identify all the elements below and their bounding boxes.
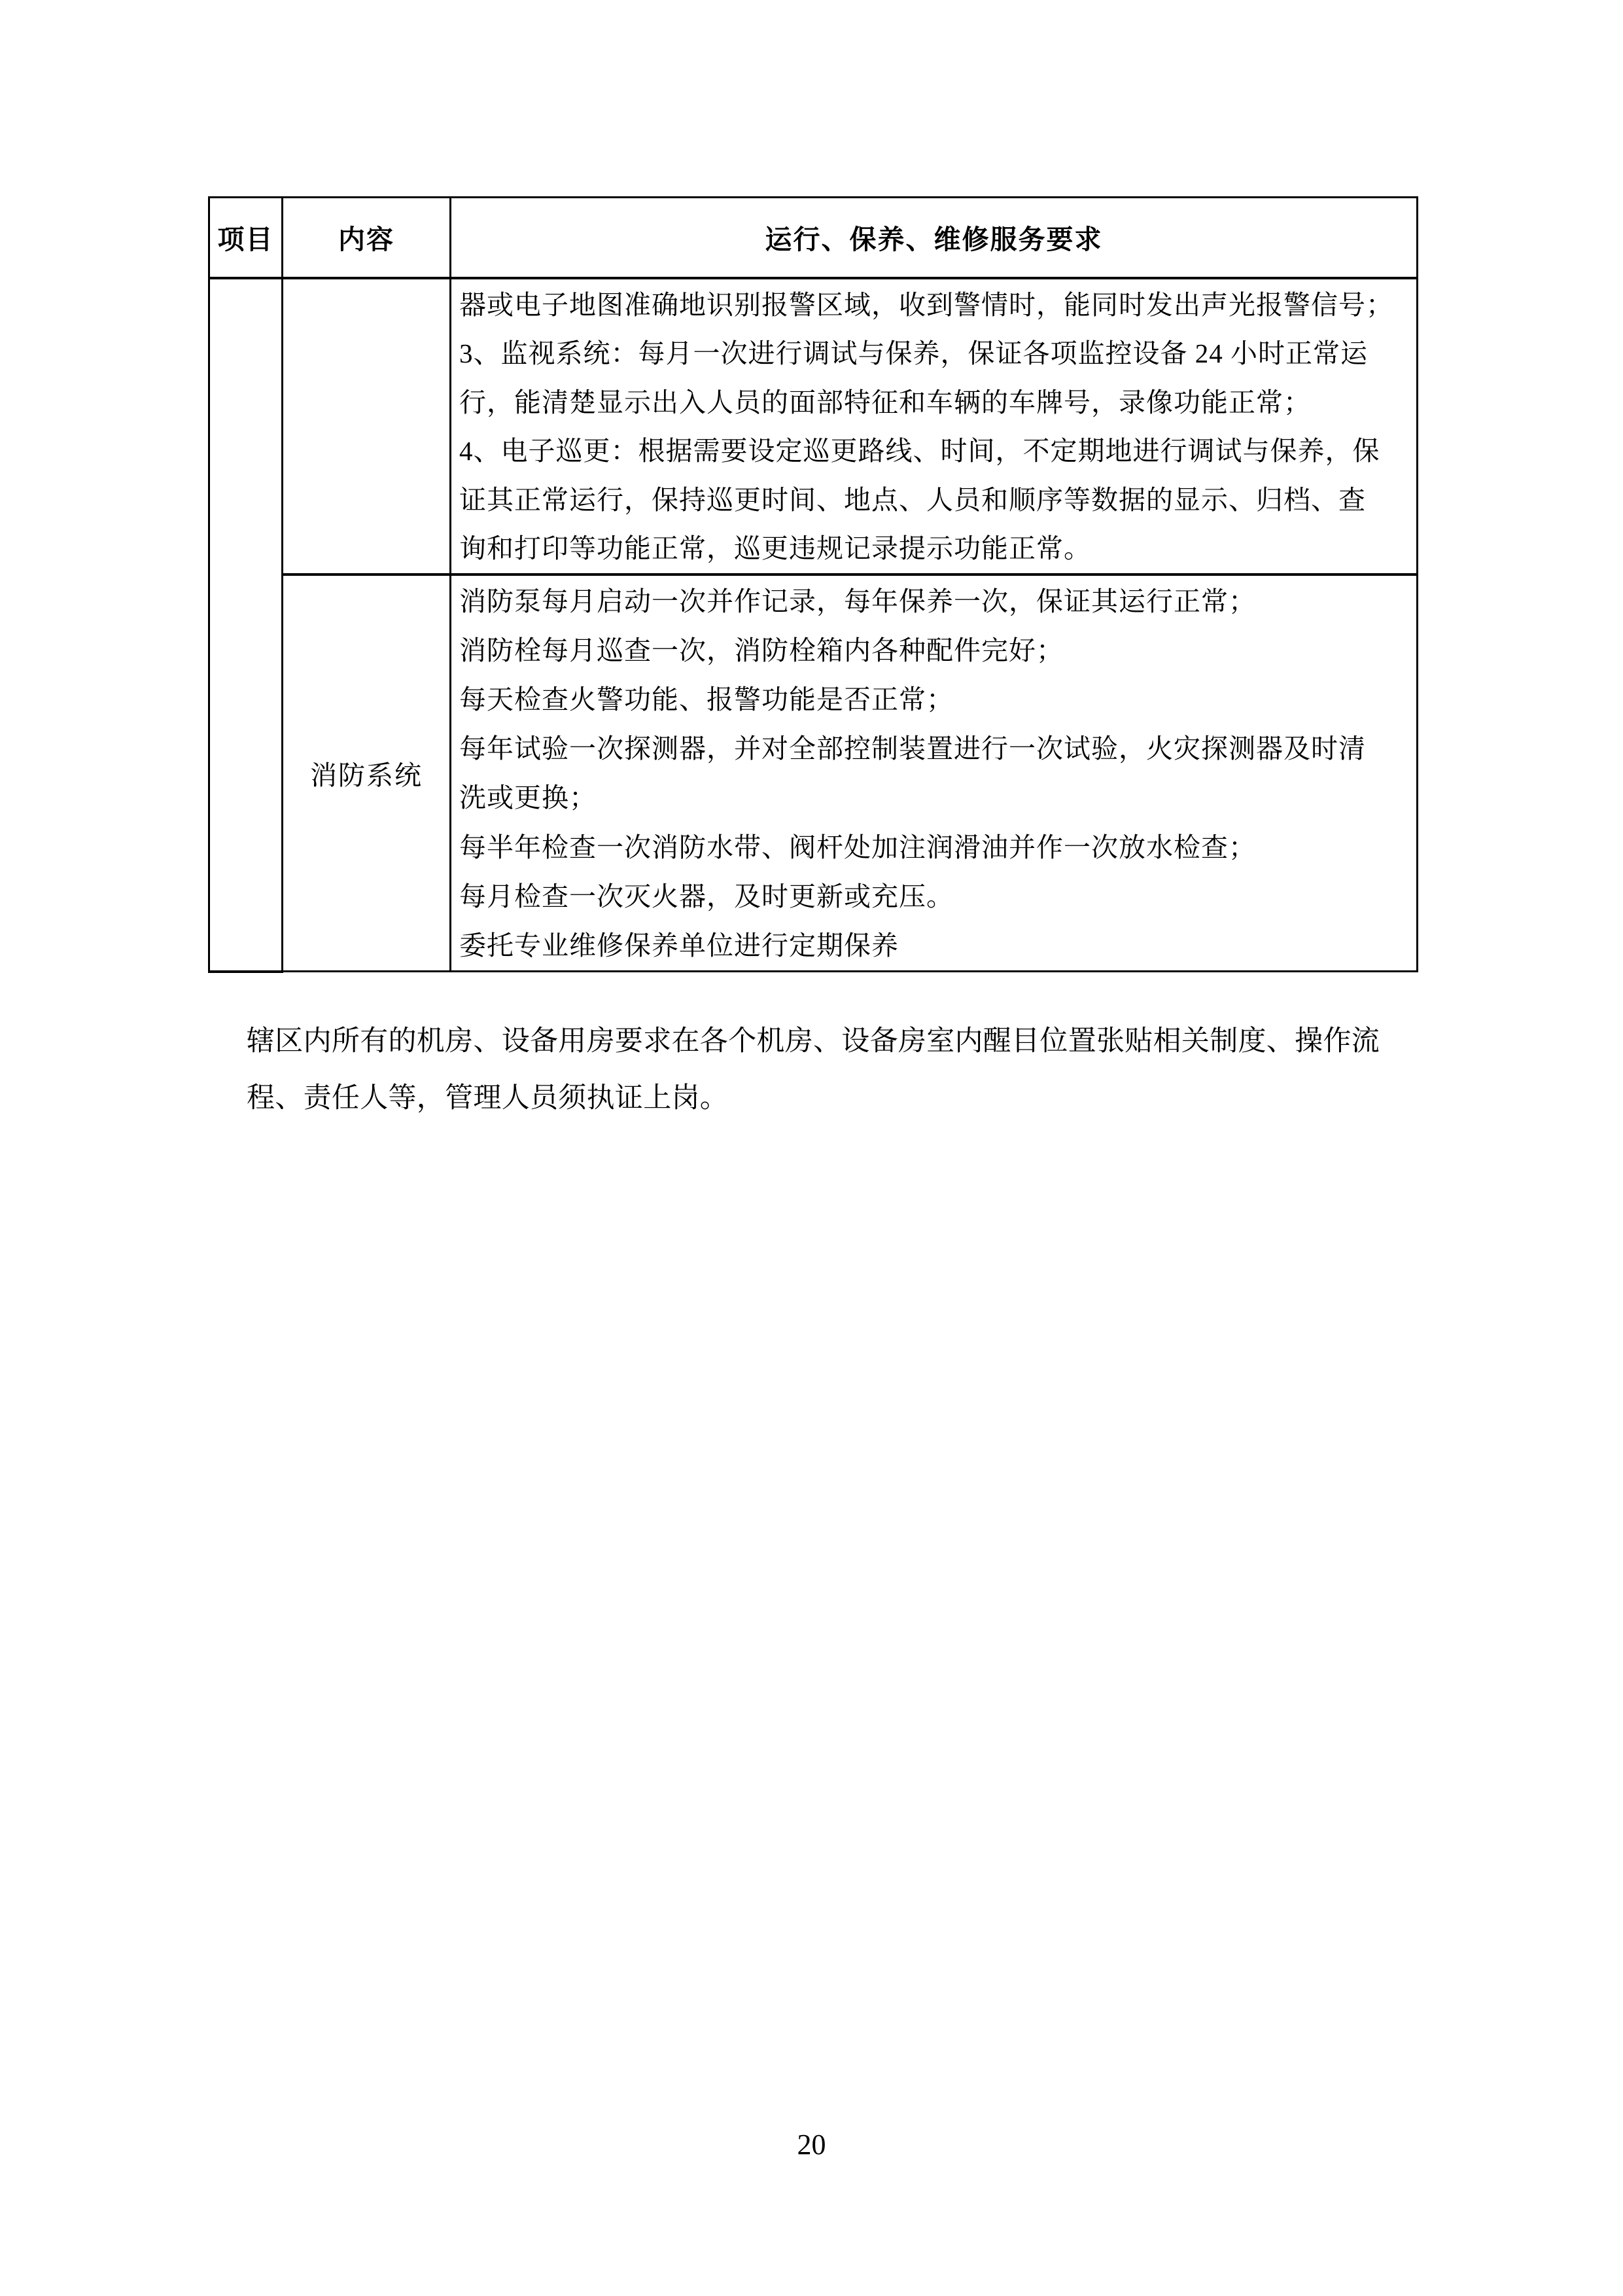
text-line: 器或电子地图准确地识别报警区域，收到警情时，能同时发出声光报警信号； — [459, 281, 1411, 330]
text-line: 消防泵每月启动一次并作记录，每年保养一次，保证其运行正常； — [459, 577, 1411, 626]
closing-paragraph: 辖区内所有的机房、设备用房要求在各个机房、设备房室内醒目位置张贴相关制度、操作流… — [247, 1013, 1418, 1127]
text-line: 程、责任人等，管理人员须执证上岗。 — [247, 1070, 1418, 1127]
table-header-row: 项目 内容 运行、保养、维修服务要求 — [209, 198, 1418, 278]
text-line: 每半年检查一次消防水带、阀杆处加注润滑油并作一次放水检查； — [459, 823, 1411, 872]
document-page: 项目 内容 运行、保养、维修服务要求 器或电子地图准确地识别报警区域，收到警情时… — [0, 0, 1623, 2296]
text-line: 3、监视系统：每月一次进行调试与保养，保证各项监控设备 24 小时正常运 — [459, 329, 1411, 378]
text-line: 行，能清楚显示出入人员的面部特征和车辆的车牌号，录像功能正常； — [459, 378, 1411, 427]
header-cell-item: 项目 — [209, 198, 283, 278]
text-line: 询和打印等功能正常，巡更违规记录提示功能正常。 — [459, 524, 1411, 573]
text-line: 辖区内所有的机房、设备用房要求在各个机房、设备房室内醒目位置张贴相关制度、操作流 — [247, 1013, 1418, 1070]
header-cell-content: 内容 — [283, 198, 451, 278]
header-cell-requirements: 运行、保养、维修服务要求 — [451, 198, 1418, 278]
text-line: 每天检查火警功能、报警功能是否正常； — [459, 675, 1411, 724]
text-line: 4、电子巡更：根据需要设定巡更路线、时间，不定期地进行调试与保养，保 — [459, 427, 1411, 476]
table-row: 消防系统 消防泵每月启动一次并作记录，每年保养一次，保证其运行正常；消防栓每月巡… — [209, 574, 1418, 972]
cell-requirements-security-systems: 器或电子地图准确地识别报警区域，收到警情时，能同时发出声光报警信号；3、监视系统… — [451, 278, 1418, 574]
service-requirements-table: 项目 内容 运行、保养、维修服务要求 器或电子地图准确地识别报警区域，收到警情时… — [208, 196, 1418, 973]
cell-content-fire-system: 消防系统 — [283, 574, 451, 972]
text-line: 洗或更换； — [459, 773, 1411, 822]
text-line: 证其正常运行，保持巡更时间、地点、人员和顺序等数据的显示、归档、查 — [459, 476, 1411, 525]
text-line: 委托专业维修保养单位进行定期保养 — [459, 921, 1411, 970]
cell-content-empty — [283, 278, 451, 574]
cell-item-merged-empty — [209, 278, 283, 972]
table-row: 器或电子地图准确地识别报警区域，收到警情时，能同时发出声光报警信号；3、监视系统… — [209, 278, 1418, 574]
page-number: 20 — [0, 2128, 1623, 2161]
cell-requirements-fire-system: 消防泵每月启动一次并作记录，每年保养一次，保证其运行正常；消防栓每月巡查一次，消… — [451, 574, 1418, 972]
text-line: 消防栓每月巡查一次，消防栓箱内各种配件完好； — [459, 626, 1411, 675]
text-line: 每月检查一次灭火器，及时更新或充压。 — [459, 872, 1411, 921]
text-line: 每年试验一次探测器，并对全部控制装置进行一次试验，火灾探测器及时清 — [459, 724, 1411, 773]
